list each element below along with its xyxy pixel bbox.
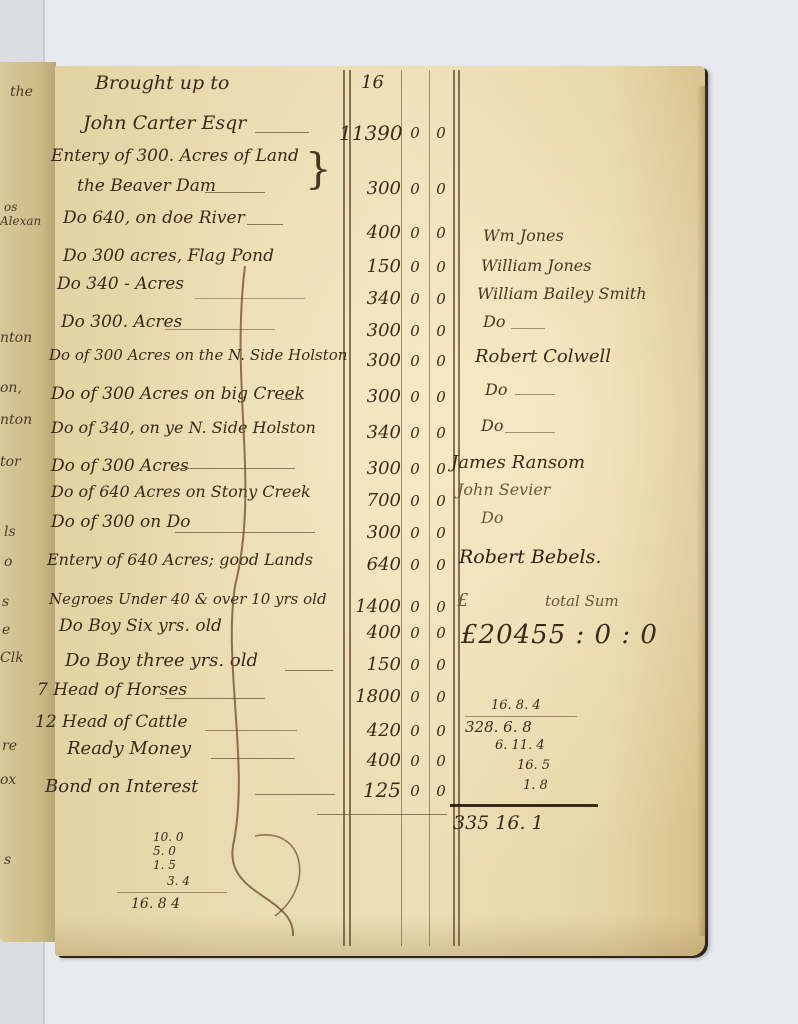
amount-pence: 0 bbox=[431, 524, 451, 542]
left-page-fragment: the bbox=[10, 84, 33, 100]
calc-line: 10. 0 bbox=[153, 830, 184, 844]
total-value: £20455 : 0 : 0 bbox=[461, 620, 658, 650]
entry-description-cont: the Beaver Dam bbox=[77, 176, 216, 196]
amount-shillings: 0 bbox=[405, 524, 425, 542]
amount-pounds: 150 bbox=[339, 654, 401, 675]
calc-line: 1. 8 bbox=[523, 778, 548, 793]
calc-result: 16. 8 4 bbox=[131, 896, 180, 912]
amount-pounds: 400 bbox=[339, 622, 401, 643]
total-rule bbox=[317, 814, 447, 815]
amount-pence: 0 bbox=[431, 460, 451, 478]
entry-description: 7 Head of Horses bbox=[37, 680, 187, 700]
amount-pounds: 300 bbox=[339, 178, 401, 199]
entry-description: Negroes Under 40 & over 10 yrs old bbox=[49, 590, 327, 608]
amount-pounds: 400 bbox=[339, 222, 401, 243]
account-name: Do bbox=[481, 508, 503, 527]
account-name: Do bbox=[481, 416, 503, 435]
amount-pounds: 300 bbox=[339, 522, 401, 543]
left-facing-page: the os Alexan nton on, nton tor ls o s e… bbox=[0, 62, 56, 942]
leader-line bbox=[255, 132, 309, 133]
amount-shillings: 0 bbox=[405, 688, 425, 706]
calc-rule bbox=[117, 892, 227, 893]
calc-line: 16. 8. 4 bbox=[491, 698, 541, 713]
amount-pounds: 125 bbox=[339, 778, 401, 802]
leader-line bbox=[281, 399, 301, 400]
calc-line: 6. 11. 4 bbox=[495, 738, 545, 753]
leader-line bbox=[511, 328, 545, 329]
leader-line bbox=[255, 794, 335, 795]
amount-pounds: 340 bbox=[339, 422, 401, 443]
amount-pence: 0 bbox=[431, 598, 451, 616]
entry-description: Entery of 640 Acres; good Lands bbox=[47, 550, 313, 569]
amount-pence: 0 bbox=[431, 492, 451, 510]
header-brought-up: Brought up to bbox=[95, 72, 229, 94]
account-name: John Sevier bbox=[457, 480, 550, 499]
amount-pence: 0 bbox=[431, 224, 451, 242]
amount-shillings: 0 bbox=[405, 624, 425, 642]
leader-line bbox=[515, 394, 555, 395]
entry-description: Do of 300 on Do bbox=[51, 512, 191, 532]
left-page-fragment: re bbox=[2, 738, 17, 754]
amount-pence: 0 bbox=[431, 322, 451, 340]
leader-line bbox=[505, 432, 555, 433]
leader-line bbox=[205, 730, 297, 731]
leader-line bbox=[165, 329, 275, 330]
amount-pence: 0 bbox=[431, 258, 451, 276]
account-name: Robert Colwell bbox=[475, 346, 611, 367]
left-page-fragment: ls bbox=[4, 524, 16, 540]
left-page-fragment: Alexan bbox=[0, 214, 41, 228]
total-label: total Sum bbox=[545, 592, 619, 610]
page-edge-stain bbox=[55, 916, 705, 956]
amount-shillings: 0 bbox=[405, 124, 425, 142]
calc-line: 16. 5 bbox=[517, 758, 550, 773]
entry-description: Do of 640 Acres on Stony Creek bbox=[51, 482, 311, 501]
left-page-fragment: s bbox=[4, 852, 11, 868]
amount-pounds: 300 bbox=[339, 386, 401, 407]
leader-line bbox=[165, 698, 265, 699]
left-page-fragment: nton bbox=[0, 330, 32, 346]
pen-flourish-line bbox=[55, 66, 705, 956]
left-page-fragment: Clk bbox=[0, 650, 24, 666]
entry-description: Ready Money bbox=[67, 738, 191, 759]
calc-result: 335 16. 1 bbox=[453, 812, 544, 834]
amount-shillings: 0 bbox=[405, 656, 425, 674]
amount-pence: 0 bbox=[431, 656, 451, 674]
amount-pounds: 420 bbox=[339, 720, 401, 741]
amount-pence: 0 bbox=[431, 124, 451, 142]
amount-pounds: 300 bbox=[339, 350, 401, 371]
amount-shillings: 0 bbox=[405, 352, 425, 370]
amount-pounds: 340 bbox=[339, 288, 401, 309]
header-account-name: John Carter Esqr bbox=[83, 112, 246, 134]
left-page-fragment: s bbox=[2, 594, 9, 610]
entry-description: Do 640, on doe River bbox=[63, 208, 245, 228]
amount-pounds: 1800 bbox=[339, 686, 401, 707]
amount-shillings: 0 bbox=[405, 424, 425, 442]
left-page-fragment: nton bbox=[0, 412, 32, 428]
amount-pounds: 300 bbox=[339, 458, 401, 479]
entry-description: Do of 340, on ye N. Side Holston bbox=[51, 418, 316, 437]
calc-line: 5. 0 bbox=[153, 844, 176, 858]
amount-pence: 0 bbox=[431, 290, 451, 308]
total-rule-heavy bbox=[450, 804, 598, 807]
entry-description: 12 Head of Cattle bbox=[35, 712, 188, 732]
amount-shillings: 0 bbox=[405, 224, 425, 242]
entry-description: Bond on Interest bbox=[45, 776, 198, 797]
amount-shillings: 0 bbox=[405, 180, 425, 198]
amount-pence: 0 bbox=[431, 624, 451, 642]
page-number: 16 bbox=[361, 72, 384, 93]
left-page-fragment: e bbox=[2, 622, 10, 638]
amount-pence: 0 bbox=[431, 352, 451, 370]
amount-pence: 0 bbox=[431, 180, 451, 198]
amount-shillings: 0 bbox=[405, 258, 425, 276]
calc-rule bbox=[465, 716, 577, 717]
leader-line bbox=[175, 468, 295, 469]
entry-description: Do of 300 Acres on big Creek bbox=[51, 384, 305, 404]
amount-pounds: 300 bbox=[339, 320, 401, 341]
amount-shillings: 0 bbox=[405, 322, 425, 340]
amount-pounds: 640 bbox=[339, 554, 401, 575]
leader-line bbox=[285, 670, 333, 671]
amount-shillings: 0 bbox=[405, 290, 425, 308]
left-page-fragment: os bbox=[4, 200, 17, 214]
amount-pounds: 11390 bbox=[339, 121, 401, 145]
account-name: Wm Jones bbox=[483, 226, 564, 245]
amount-shillings: 0 bbox=[405, 492, 425, 510]
entry-description: Do of 300 Acres bbox=[51, 456, 189, 476]
amount-shillings: 0 bbox=[405, 722, 425, 740]
amount-pounds: 400 bbox=[339, 750, 401, 771]
entry-description: Do 300 acres, Flag Pond bbox=[63, 246, 274, 266]
brace: } bbox=[305, 144, 332, 193]
amount-pence: 0 bbox=[431, 782, 451, 800]
amount-pence: 0 bbox=[431, 388, 451, 406]
account-name: Do bbox=[485, 380, 507, 399]
account-name: William Bailey Smith bbox=[477, 284, 647, 303]
entry-description: Entery of 300. Acres of Land bbox=[51, 146, 299, 166]
amount-pounds: 1400 bbox=[339, 596, 401, 617]
leader-line bbox=[205, 192, 265, 193]
left-page-fragment: ox bbox=[0, 772, 16, 788]
amount-pounds: 700 bbox=[339, 490, 401, 511]
amount-pounds: 150 bbox=[339, 256, 401, 277]
entry-description: Do Boy Six yrs. old bbox=[59, 616, 222, 636]
amount-shillings: 0 bbox=[405, 556, 425, 574]
account-name: William Jones bbox=[481, 256, 591, 275]
calc-line: 1. 5 bbox=[153, 858, 176, 872]
amount-shillings: 0 bbox=[405, 460, 425, 478]
leader-line bbox=[247, 224, 283, 225]
ledger-page: Brought up to 16 John Carter Esqr 11390 … bbox=[55, 66, 705, 956]
amount-shillings: 0 bbox=[405, 388, 425, 406]
account-name: Do bbox=[483, 312, 505, 331]
left-page-fragment: tor bbox=[0, 454, 21, 470]
amount-pence: 0 bbox=[431, 424, 451, 442]
pound-symbol: £ bbox=[457, 590, 468, 611]
leader-line bbox=[195, 298, 305, 299]
amount-pence: 0 bbox=[431, 688, 451, 706]
calc-line: 3. 4 bbox=[167, 874, 190, 888]
account-name: Robert Bebels. bbox=[459, 546, 601, 568]
page-edge-shadow bbox=[697, 86, 707, 936]
entry-description: Do Boy three yrs. old bbox=[65, 650, 258, 671]
account-name: James Ransom bbox=[451, 452, 585, 473]
amount-pence: 0 bbox=[431, 752, 451, 770]
calc-line: 328. 6. 8 bbox=[465, 718, 532, 736]
amount-pence: 0 bbox=[431, 722, 451, 740]
entry-description: Do 340 - Acres bbox=[57, 274, 184, 294]
left-page-fragment: o bbox=[4, 554, 12, 570]
leader-line bbox=[211, 758, 295, 759]
amount-shillings: 0 bbox=[405, 752, 425, 770]
leader-line bbox=[175, 532, 315, 533]
amount-pence: 0 bbox=[431, 556, 451, 574]
amount-shillings: 0 bbox=[405, 782, 425, 800]
amount-shillings: 0 bbox=[405, 598, 425, 616]
entry-description: Do of 300 Acres on the N. Side Holston bbox=[49, 346, 347, 364]
left-page-fragment: on, bbox=[0, 380, 22, 396]
